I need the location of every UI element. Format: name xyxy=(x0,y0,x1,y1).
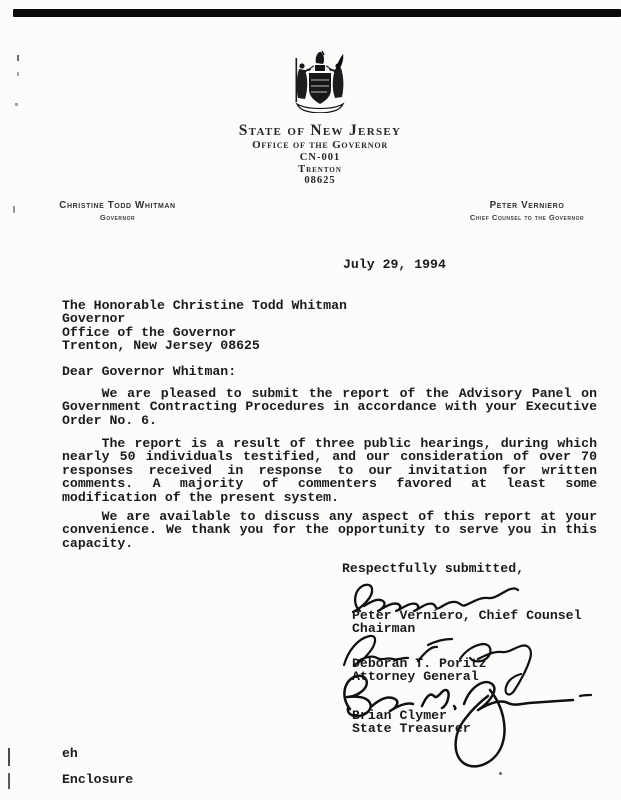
body-line: nearly 50 individuals testified, and our… xyxy=(62,450,597,463)
body-line: convenience. We thank you for the opport… xyxy=(62,523,597,536)
scan-noise-mark xyxy=(499,772,502,775)
body-line: modification of the present system. xyxy=(62,491,597,504)
recipient-line: The Honorable Christine Todd Whitman xyxy=(62,299,597,312)
recipient-line: Trenton, New Jersey 08625 xyxy=(62,339,597,352)
counsel-title: Chief Counsel to the Governor xyxy=(436,213,618,222)
body-line: Order No. 6. xyxy=(62,414,597,427)
governor-title: Governor xyxy=(30,213,205,222)
governor-name: Christine Todd Whitman xyxy=(30,200,205,211)
letterhead-city: Trenton xyxy=(195,164,445,176)
letterhead-state: State of New Jersey xyxy=(195,123,445,139)
officer-chief-counsel: Peter Verniero Chief Counsel to the Gove… xyxy=(436,200,618,222)
body-paragraph-2: The report is a result of three public h… xyxy=(62,437,597,504)
body-line: responses received in response to our in… xyxy=(62,464,597,477)
signature-title-1: Chairman xyxy=(352,622,415,635)
recipient-line: Office of the Governor xyxy=(62,326,597,339)
body-line: The report is a result of three public h… xyxy=(62,437,597,450)
scan-edge-bar xyxy=(13,9,621,17)
scan-noise-mark xyxy=(8,748,10,766)
scan-noise-mark xyxy=(15,103,18,106)
recipient-line: Governor xyxy=(62,312,597,325)
recipient-address: The Honorable Christine Todd Whitman Gov… xyxy=(62,299,597,353)
body-line: capacity. xyxy=(62,537,597,550)
signature-title-2: Attorney General xyxy=(352,670,479,683)
counsel-name: Peter Verniero xyxy=(436,200,618,211)
scan-noise-mark xyxy=(13,206,15,213)
body-paragraph-3: We are available to discuss any aspect o… xyxy=(62,510,597,550)
closing: Respectfully submitted, xyxy=(342,562,524,575)
body-line: comments. A majority of commenters favor… xyxy=(62,477,597,490)
scan-noise-mark xyxy=(8,773,10,789)
signature-title-3: State Treasurer xyxy=(352,722,471,735)
new-jersey-seal-icon xyxy=(292,49,348,113)
body-paragraph-1: We are pleased to submit the report of t… xyxy=(62,387,597,427)
scan-noise-mark xyxy=(17,55,19,61)
letterhead-office: Office of the Governor xyxy=(195,139,445,152)
scanned-letter-page: State of New Jersey Office of the Govern… xyxy=(0,0,621,800)
officer-governor: Christine Todd Whitman Governor xyxy=(30,200,205,222)
body-line: Government Contracting Procedures in acc… xyxy=(62,400,597,413)
body-line: We are available to discuss any aspect o… xyxy=(62,510,597,523)
typist-initials: eh xyxy=(62,747,78,760)
letter-date: July 29, 1994 xyxy=(343,258,446,271)
letterhead: State of New Jersey Office of the Govern… xyxy=(195,123,445,187)
enclosure-notation: Enclosure xyxy=(62,773,133,786)
body-line: We are pleased to submit the report of t… xyxy=(62,387,597,400)
letterhead-zip: 08625 xyxy=(195,175,445,187)
letterhead-mail-code: CN-001 xyxy=(195,152,445,164)
scan-noise-mark xyxy=(17,72,19,76)
salutation: Dear Governor Whitman: xyxy=(62,365,597,378)
